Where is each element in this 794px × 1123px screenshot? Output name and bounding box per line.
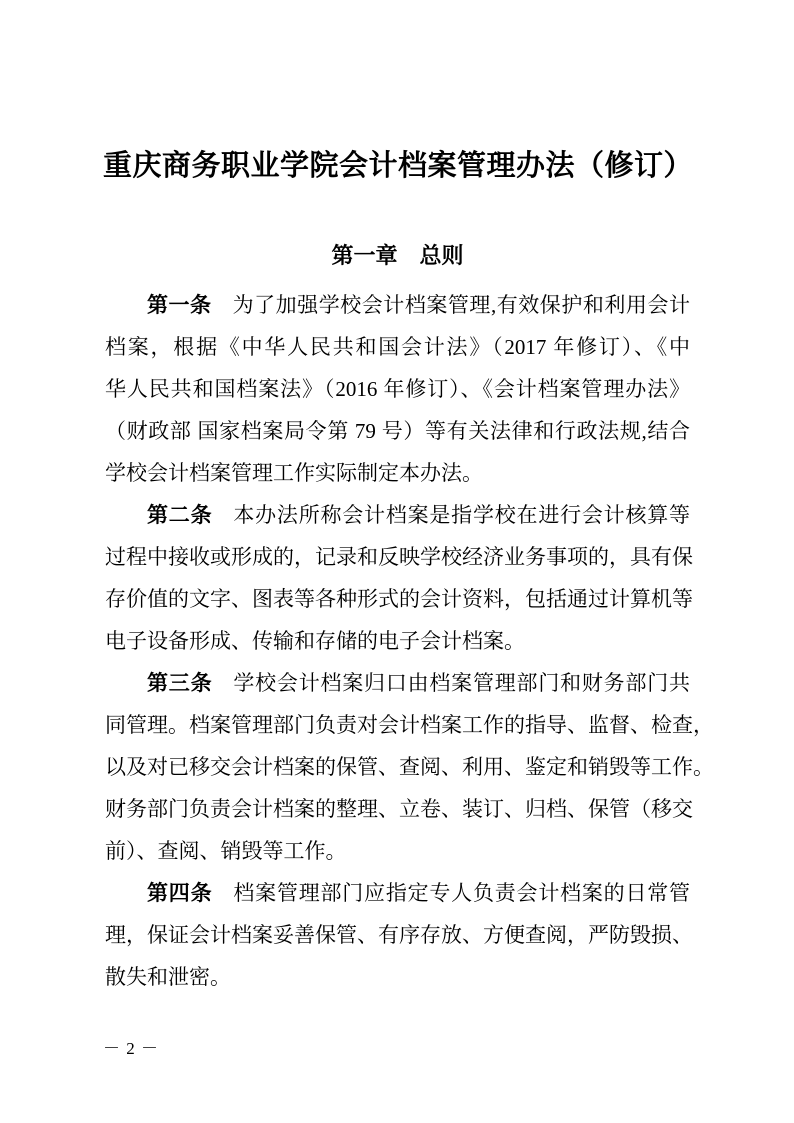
body-line-text: 以及对已移交会计档案的保管、查阅、利用、鉴定和销毁等工作。 xyxy=(105,755,714,779)
body-line-text: 散失和泄密。 xyxy=(105,965,231,989)
body-line: 学校会计档案管理工作实际制定本办法。 xyxy=(105,452,690,494)
article-number: 第四条 xyxy=(147,881,212,905)
body-line: 存价值的文字、图表等各种形式的会计资料，包括通过计算机等 xyxy=(105,578,690,620)
document-title: 重庆商务职业学院会计档案管理办法（修订） xyxy=(103,146,693,186)
body-line: 华人民共和国档案法》（2016 年修订）、《会计档案管理办法》 xyxy=(105,368,690,410)
body-line: 理，保证会计档案妥善保管、有序存放、方便查阅，严防毁损、 xyxy=(105,914,690,956)
body-line-text: 学校会计档案归口由档案管理部门和财务部门共 xyxy=(233,671,690,695)
body-line-text: 前）、查阅、销毁等工作。 xyxy=(105,839,347,863)
body-line: 散失和泄密。 xyxy=(105,956,690,998)
body-line-text: 财务部门负责会计档案的整理、立卷、装订、归档、保管（移交 xyxy=(105,797,693,821)
body-line: 第四条档案管理部门应指定专人负责会计档案的日常管 xyxy=(105,872,690,914)
document-body: 第一条为了加强学校会计档案管理,有效保护和利用会计 档案，根据《中华人民共和国会… xyxy=(105,284,690,998)
body-line: 以及对已移交会计档案的保管、查阅、利用、鉴定和销毁等工作。 xyxy=(105,746,690,788)
body-line: 电子设备形成、传输和存储的电子会计档案。 xyxy=(105,620,690,662)
document-page: 重庆商务职业学院会计档案管理办法（修订） 第一章 总则 第一条为了加强学校会计档… xyxy=(0,0,794,1123)
body-line: 过程中接收或形成的，记录和反映学校经济业务事项的，具有保 xyxy=(105,536,690,578)
article-number: 第一条 xyxy=(147,293,212,317)
body-line-text: 档案管理部门应指定专人负责会计档案的日常管 xyxy=(233,881,690,905)
body-line: 同管理。档案管理部门负责对会计档案工作的指导、监督、检查， xyxy=(105,704,690,746)
body-line-text: 同管理。档案管理部门负责对会计档案工作的指导、监督、检查， xyxy=(105,713,714,737)
body-line: 前）、查阅、销毁等工作。 xyxy=(105,830,690,872)
body-line-text: 档案，根据《中华人民共和国会计法》（2017 年修订）、《中 xyxy=(105,335,690,359)
body-line-text: （财政部 国家档案局令第 79 号）等有关法律和行政法规,结合 xyxy=(105,419,690,443)
body-line: 第一条为了加强学校会计档案管理,有效保护和利用会计 xyxy=(105,284,690,326)
page-number: － 2 － xyxy=(103,1036,159,1062)
body-line-text: 为了加强学校会计档案管理,有效保护和利用会计 xyxy=(233,293,690,317)
body-line-text: 过程中接收或形成的，记录和反映学校经济业务事项的，具有保 xyxy=(105,545,693,569)
body-line: 第三条学校会计档案归口由档案管理部门和财务部门共 xyxy=(105,662,690,704)
body-line: 档案，根据《中华人民共和国会计法》（2017 年修订）、《中 xyxy=(105,326,690,368)
body-line-text: 电子设备形成、传输和存储的电子会计档案。 xyxy=(105,629,525,653)
article-number: 第二条 xyxy=(147,503,212,527)
article-number: 第三条 xyxy=(147,671,212,695)
body-line-text: 存价值的文字、图表等各种形式的会计资料，包括通过计算机等 xyxy=(105,587,693,611)
body-line: 财务部门负责会计档案的整理、立卷、装订、归档、保管（移交 xyxy=(105,788,690,830)
body-line-text: 理，保证会计档案妥善保管、有序存放、方便查阅，严防毁损、 xyxy=(105,923,693,947)
body-line-text: 华人民共和国档案法》（2016 年修订）、《会计档案管理办法》 xyxy=(105,377,690,401)
body-line-text: 学校会计档案管理工作实际制定本办法。 xyxy=(105,461,483,485)
body-line: （财政部 国家档案局令第 79 号）等有关法律和行政法规,结合 xyxy=(105,410,690,452)
body-line: 第二条本办法所称会计档案是指学校在进行会计核算等 xyxy=(105,494,690,536)
chapter-heading: 第一章 总则 xyxy=(105,240,690,272)
body-line-text: 本办法所称会计档案是指学校在进行会计核算等 xyxy=(233,503,690,527)
